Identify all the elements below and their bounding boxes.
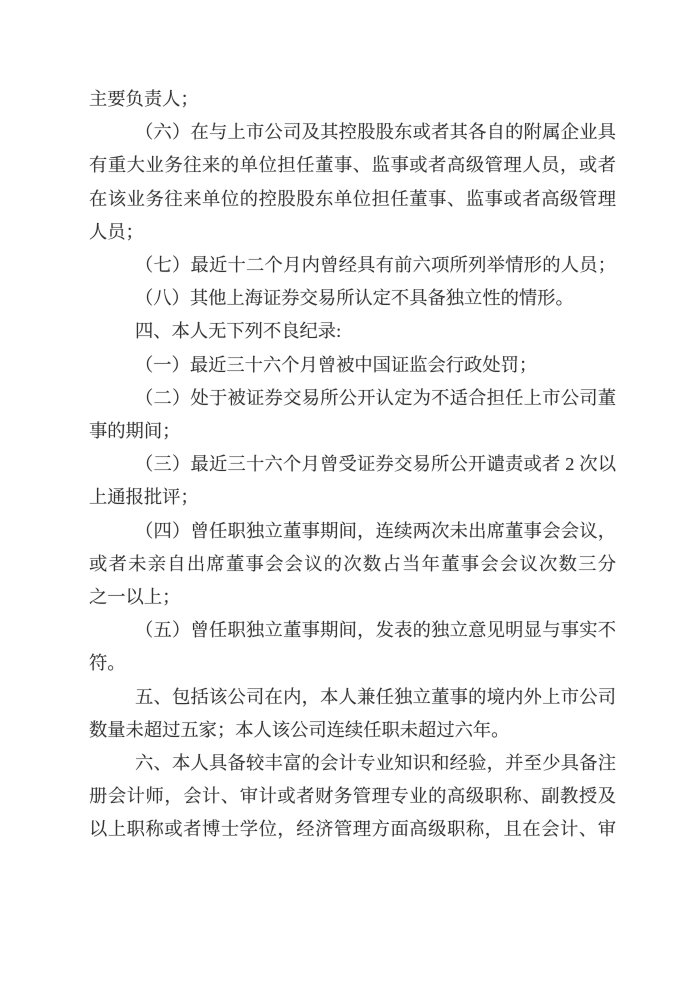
text-line: （三）最近三十六个月曾受证券交易所公开谴责或者 2 次以 bbox=[89, 448, 616, 481]
text-line: 以上职称或者博士学位，经济管理方面高级职称，且在会计、审 bbox=[89, 813, 616, 846]
text-line: 人员； bbox=[89, 216, 616, 249]
text-line: 五、包括该公司在内，本人兼任独立董事的境内外上市公司 bbox=[89, 681, 616, 714]
text-line: 有重大业务往来的单位担任董事、监事或者高级管理人员，或者 bbox=[89, 149, 616, 182]
text-line: （一）最近三十六个月曾被中国证监会行政处罚； bbox=[89, 349, 616, 382]
text-line: （八）其他上海证券交易所认定不具备独立性的情形。 bbox=[89, 282, 616, 315]
text-line: （六）在与上市公司及其控股股东或者其各自的附属企业具 bbox=[89, 116, 616, 149]
text-line: 之一以上； bbox=[89, 581, 616, 614]
text-line: （七）最近十二个月内曾经具有前六项所列举情形的人员； bbox=[89, 249, 616, 282]
text-line: 符。 bbox=[89, 647, 616, 680]
text-line: （二）处于被证券交易所公开认定为不适合担任上市公司董 bbox=[89, 382, 616, 415]
text-line: 册会计师，会计、审计或者财务管理专业的高级职称、副教授及 bbox=[89, 780, 616, 813]
text-line: （五）曾任职独立董事期间，发表的独立意见明显与事实不 bbox=[89, 614, 616, 647]
text-line: 数量未超过五家；本人该公司连续任职未超过六年。 bbox=[89, 714, 616, 747]
text-line: 上通报批评； bbox=[89, 481, 616, 514]
text-line: 事的期间； bbox=[89, 415, 616, 448]
text-line: 主要负责人； bbox=[89, 83, 616, 116]
document-text-block: 主要负责人； （六）在与上市公司及其控股股东或者其各自的附属企业具 有重大业务往… bbox=[89, 83, 616, 847]
text-line: 六、本人具备较丰富的会计专业知识和经验，并至少具备注 bbox=[89, 747, 616, 780]
document-page: 主要负责人； （六）在与上市公司及其控股股东或者其各自的附属企业具 有重大业务往… bbox=[0, 0, 700, 989]
text-line: （四）曾任职独立董事期间，连续两次未出席董事会会议， bbox=[89, 515, 616, 548]
text-line: 或者未亲自出席董事会会议的次数占当年董事会会议次数三分 bbox=[89, 548, 616, 581]
text-line: 在该业务往来单位的控股股东单位担任董事、监事或者高级管理 bbox=[89, 183, 616, 216]
text-line: 四、本人无下列不良纪录: bbox=[89, 315, 616, 348]
